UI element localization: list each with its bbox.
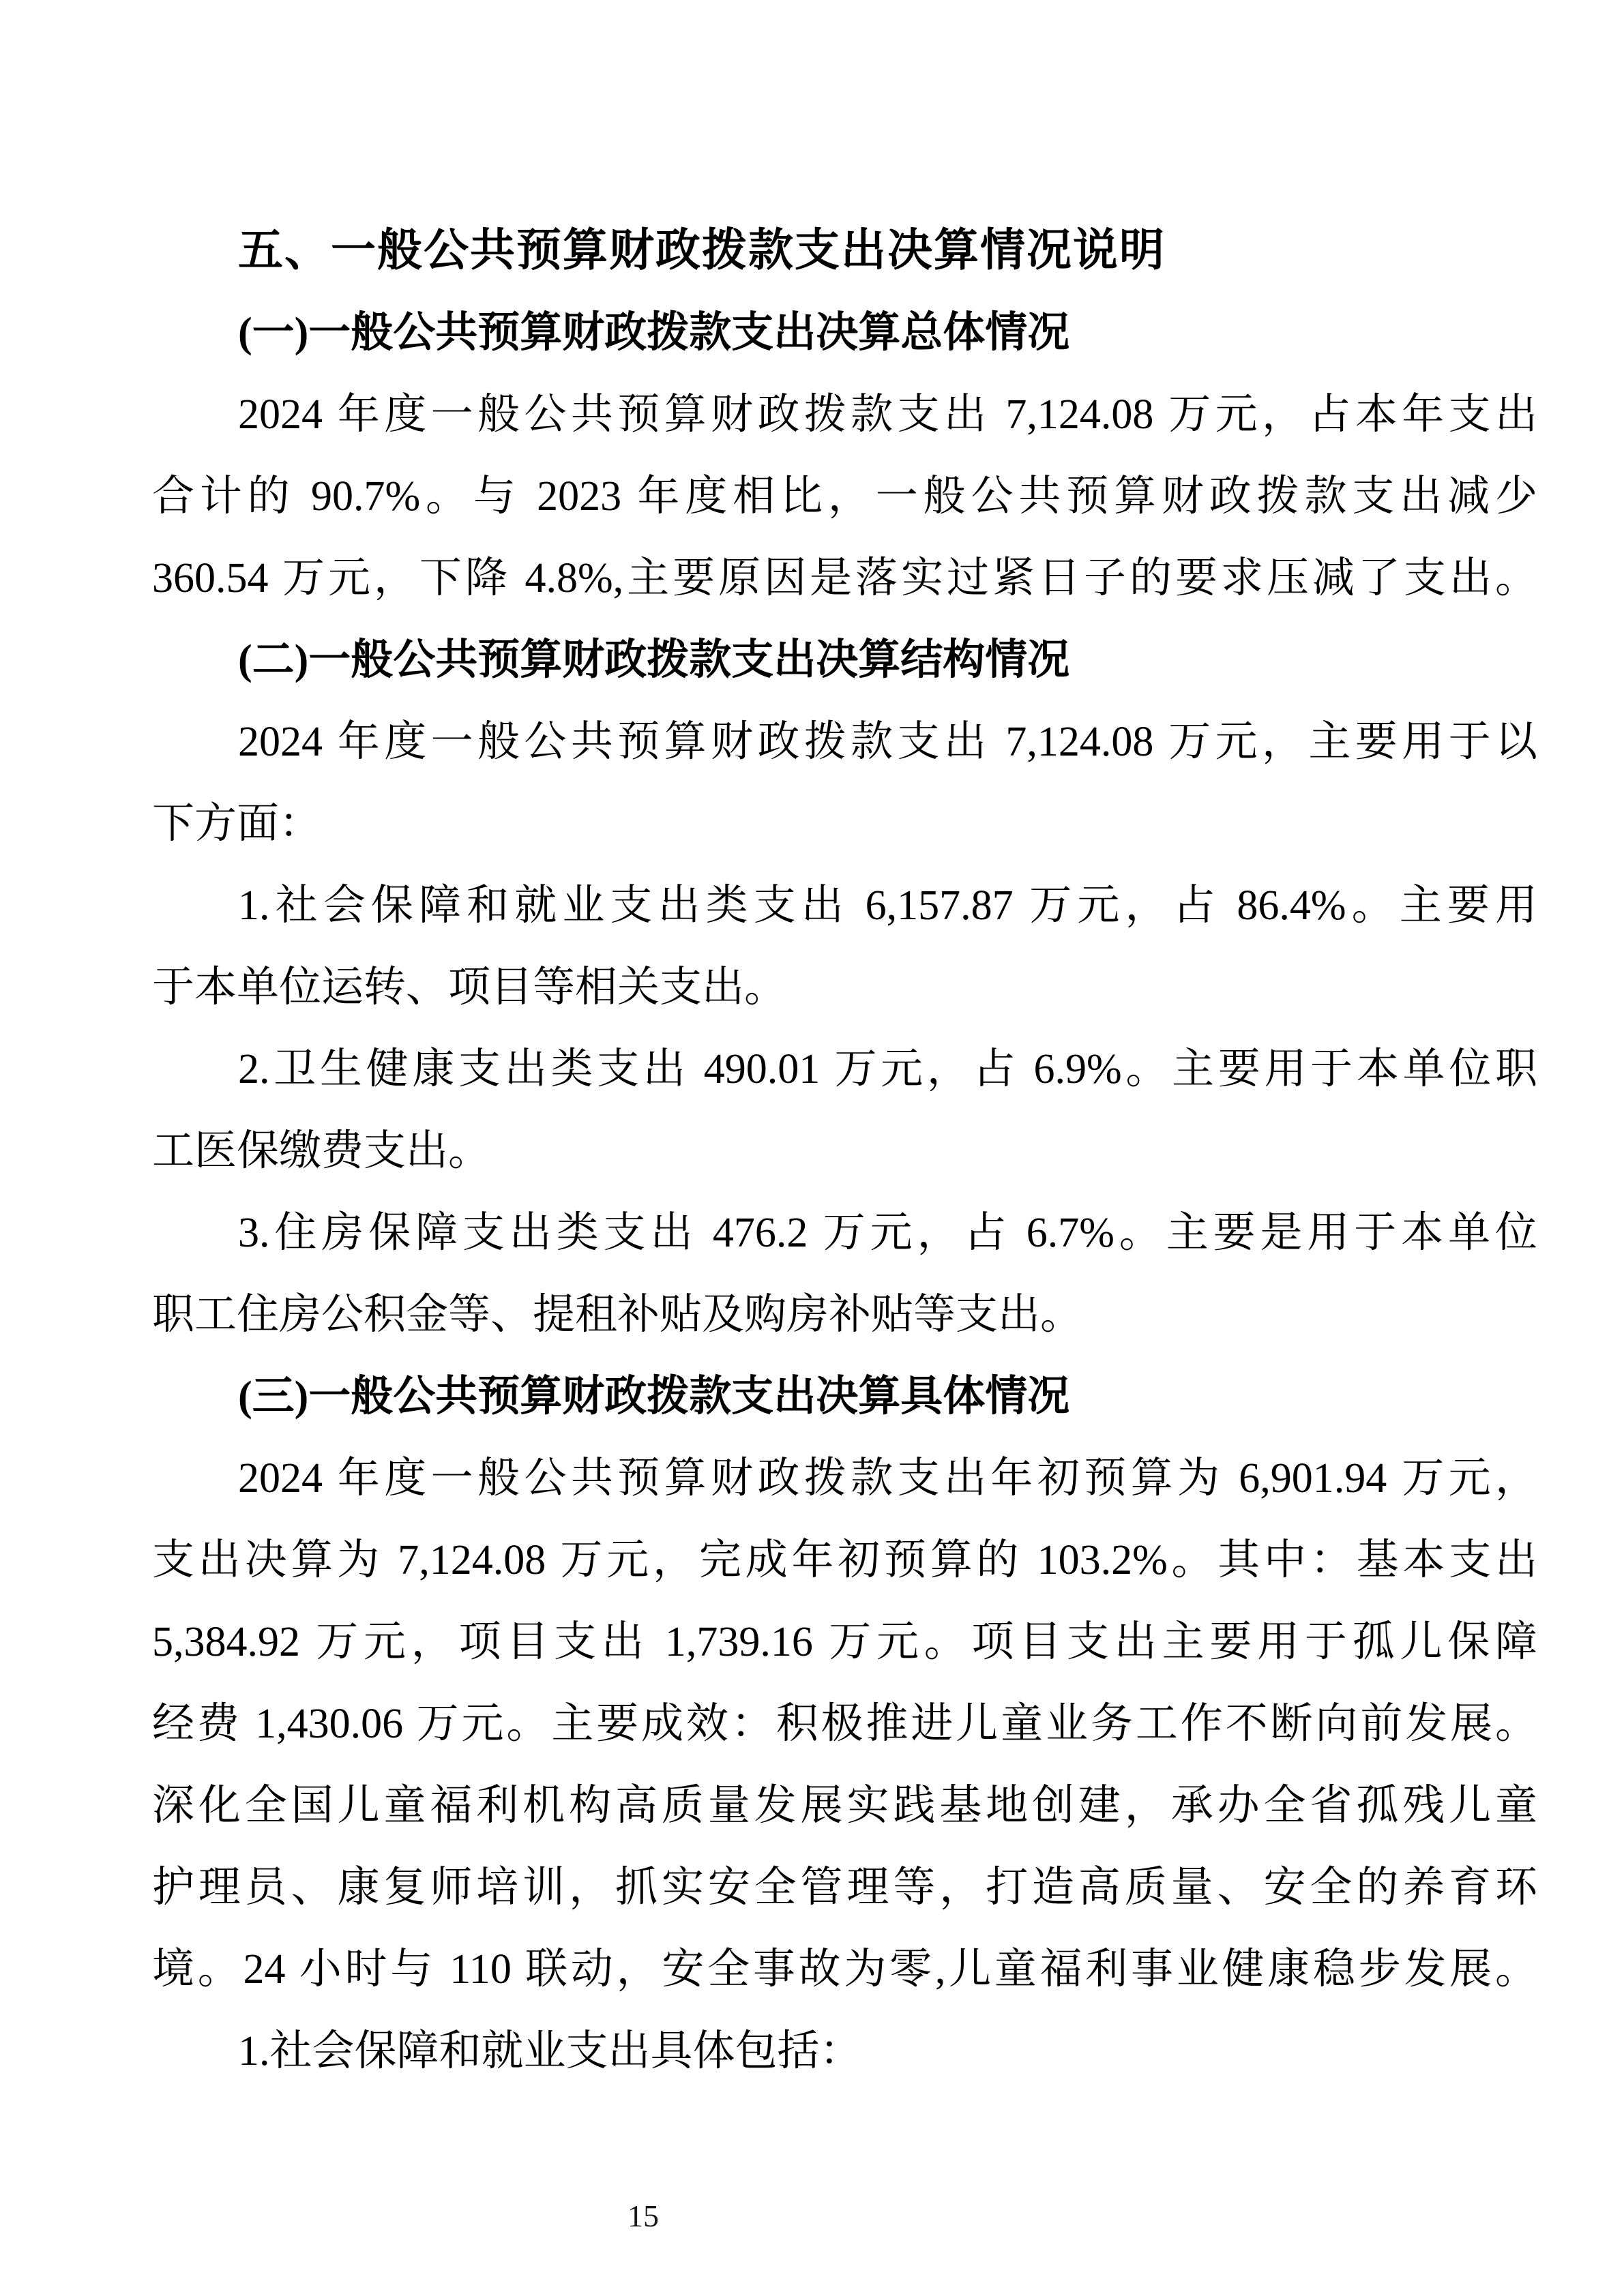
text-line: 合计的 90.7%。与 2023 年度相比，一般公共预算财政拨款支出减少 [152,456,1537,537]
text-line: 5,384.92 万元，项目支出 1,739.16 万元。项目支出主要用于孤儿保… [152,1601,1537,1683]
text-line: 经费 1,430.06 万元。主要成效：积极推进儿童业务工作不断向前发展。 [152,1683,1537,1765]
subsection-heading-structure: (二)一般公共预算财政拨款支出决算结构情况 [152,619,1537,701]
subsection-heading-detail: (三)一般公共预算财政拨款支出决算具体情况 [152,1356,1537,1437]
text-line: 2024 年度一般公共预算财政拨款支出 7,124.08 万元，主要用于以 [152,701,1537,783]
text-line: 2024 年度一般公共预算财政拨款支出 7,124.08 万元，占本年支出 [152,374,1537,456]
text-line: 支出决算为 7,124.08 万元，完成年初预算的 103.2%。其中：基本支出 [152,1519,1537,1601]
text-line: 360.54 万元，下降 4.8%,主要原因是落实过紧日子的要求压减了支出。 [152,537,1537,619]
text-line-item-1: 1.社会保障和就业支出类支出 6,157.87 万元，占 86.4%。主要用 [152,865,1537,946]
text-line-item-2: 2.卫生健康支出类支出 490.01 万元，占 6.9%。主要用于本单位职 [152,1028,1537,1110]
text-line: 2024 年度一般公共预算财政拨款支出年初预算为 6,901.94 万元， [152,1437,1537,1519]
text-line-item-3: 3.住房保障支出类支出 476.2 万元，占 6.7%。主要是用于本单位 [152,1192,1537,1274]
text-line-item-1-detail: 1.社会保障和就业支出具体包括： [152,2010,1537,2092]
text-line: 护理员、康复师培训，抓实安全管理等，打造高质量、安全的养育环 [152,1847,1537,1928]
document-body: 五、一般公共预算财政拨款支出决算情况说明 (一)一般公共预算财政拨款支出决算总体… [152,210,1537,2092]
subsection-heading-overall: (一)一般公共预算财政拨款支出决算总体情况 [152,292,1537,374]
text-line: 境。24 小时与 110 联动，安全事故为零,儿童福利事业健康稳步发展。 [152,1928,1537,2010]
text-line: 于本单位运转、项目等相关支出。 [152,946,1537,1028]
text-line: 下方面： [152,783,1537,865]
section-title: 五、一般公共预算财政拨款支出决算情况说明 [152,210,1537,292]
text-line: 工医保缴费支出。 [152,1110,1537,1192]
page-number: 15 [628,2196,709,2237]
document-page: 五、一般公共预算财政拨款支出决算情况说明 (一)一般公共预算财政拨款支出决算总体… [0,0,1624,2296]
text-line: 深化全国儿童福利机构高质量发展实践基地创建，承办全省孤残儿童 [152,1765,1537,1847]
text-line: 职工住房公积金等、提租补贴及购房补贴等支出。 [152,1274,1537,1356]
